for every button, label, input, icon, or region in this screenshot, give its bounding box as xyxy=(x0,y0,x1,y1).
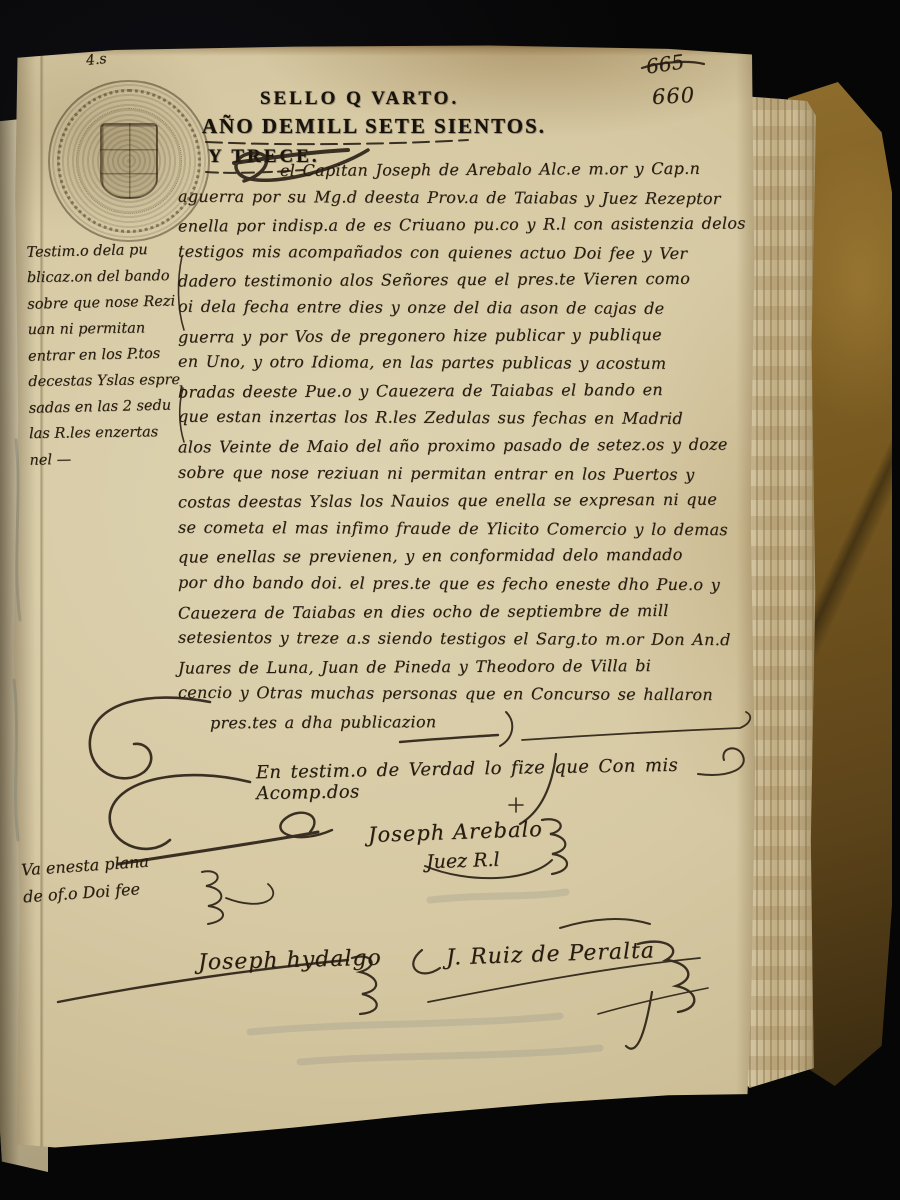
folio-number: 660 xyxy=(651,83,695,109)
body-line: pres.tes a dha publicazion xyxy=(178,706,756,737)
seal-denomination-mark: 4.s xyxy=(85,51,107,69)
folio-number-crossed: 665 xyxy=(645,49,686,78)
signature-joseph-arebalo: Joseph Arebalo xyxy=(368,817,544,847)
body-line: alos Veinte de Maio del año proximo pasa… xyxy=(178,430,756,461)
body-line: que enellas se previenen, y en conformid… xyxy=(178,541,756,572)
body-line: dadero testimonio alos Señores que el pr… xyxy=(178,265,756,296)
body-line: se cometa el mas infimo fraude de Ylicit… xyxy=(178,513,756,543)
signature-ruiz-de-peralta: J. Ruiz de Peralta xyxy=(446,938,656,970)
body-line: Cauezera de Taiabas en dies ocho de sept… xyxy=(178,596,756,627)
body-line: testigos mis acompañados con quienes act… xyxy=(178,238,756,268)
margin-note-line: sadas en las 2 sedu xyxy=(28,392,187,422)
coat-of-arms xyxy=(100,123,158,199)
body-line: guerra y por Vos de pregonero hize publi… xyxy=(178,320,756,351)
photo-backdrop: 4.s SELLO Q VARTO. AÑO DEMILL SETE SIENT… xyxy=(0,0,900,1200)
body-line: que estan inzertas los R.les Zedulas sus… xyxy=(178,403,756,433)
margin-note-line: entrar en los P.tos xyxy=(28,340,187,370)
body-line: setesientos y treze a.s siendo testigos … xyxy=(178,624,756,654)
body-line: bradas deeste Pue.o y Cauezera de Taiaba… xyxy=(178,375,756,406)
body-line: costas deestas Yslas los Nauios que enel… xyxy=(178,486,756,517)
body-line: aguerra por su Mg.d deesta Prov.a de Tai… xyxy=(178,182,756,212)
manuscript-page: 4.s SELLO Q VARTO. AÑO DEMILL SETE SIENT… xyxy=(10,40,758,1152)
margin-summary-note: Testim.o dela pu blicaz.on del bando sob… xyxy=(26,237,187,473)
margin-note-line: uan ni permitan xyxy=(27,315,185,343)
margin-note-line: nel — xyxy=(29,444,188,474)
signature-title-juez-real: Juez R.l xyxy=(426,849,500,874)
attestation-line: En testim.o de Verdad lo fize que Con mi… xyxy=(256,754,737,804)
body-line: en Uno, y otro Idioma, en las partes pub… xyxy=(178,348,756,378)
signature-joseph-hydalgo: Joseph hydalgo xyxy=(198,946,382,976)
margin-note-line: blicaz.on del bando xyxy=(27,263,185,291)
body-line: enella por indisp.a de es Criuano pu.co … xyxy=(178,210,756,241)
stamp-year-line: AÑO DEMILL SETE SIENTOS. xyxy=(202,114,546,139)
body-line: cencio y Otras muchas personas que en Co… xyxy=(178,679,756,709)
body-line: el Capitan Joseph de Arebalo Alc.e m.or … xyxy=(178,154,756,185)
stamp-sello-quarto: SELLO Q VARTO. xyxy=(260,88,459,110)
office-validation-note: Va enesta plana de of.o Doi fee xyxy=(20,848,151,911)
margin-note-line: las R.les enzertas xyxy=(29,419,187,447)
main-text-block: el Capitan Joseph de Arebalo Alc.e m.or … xyxy=(178,156,756,735)
body-line: oi dela fecha entre dies y onze del dia … xyxy=(178,293,756,323)
margin-note-line: sobre que nose Rezi xyxy=(27,288,186,318)
body-line: Juares de Luna, Juan de Pineda y Theodor… xyxy=(178,651,756,682)
margin-note-line: Testim.o dela pu xyxy=(26,236,185,266)
margin-note-line: decestas Yslas espre xyxy=(28,367,186,395)
body-line: sobre que nose reziuan ni permitan entra… xyxy=(178,458,756,488)
body-line: por dho bando doi. el pres.te que es fec… xyxy=(178,569,756,599)
